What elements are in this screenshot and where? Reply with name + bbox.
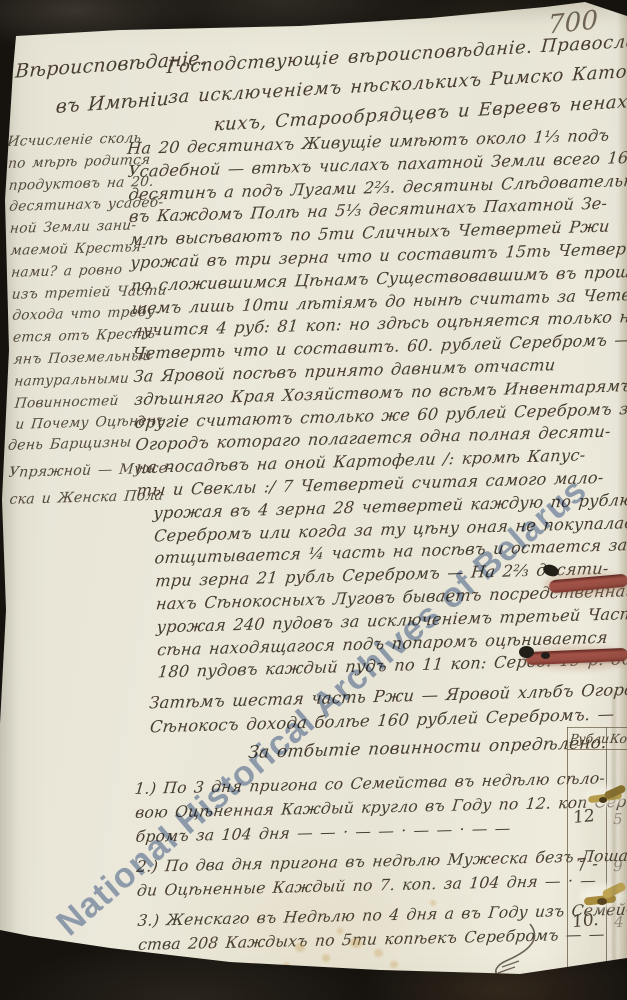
header-margin-label-line: Вѣроисповѣданіе.: [14, 39, 207, 91]
body-line: млѣ высѣваютъ по 5ти Сличныхъ Четвертей …: [129, 215, 627, 252]
margin-note-continued: день Барщизны Упряжной — Муже- ска и Жен…: [6, 429, 148, 514]
body-line: десятинъ а подъ Лугами 2⅔. десятины Слѣд…: [127, 170, 627, 207]
red-thread: [549, 574, 627, 594]
margin-note-line: Упряжной — Муже-: [7, 456, 150, 487]
body-line: За Яровой посѣвъ принято давнимъ отчасти: [132, 352, 627, 389]
body-line: здѣшняго Края Хозяйствомъ по всѣмъ Инвен…: [133, 375, 627, 412]
margin-note-line: день Барщизны: [7, 429, 150, 460]
margin-note-line: маемой Крестья-: [9, 237, 143, 263]
page-number: 700: [548, 5, 598, 40]
table-rule-horizontal: [567, 727, 627, 728]
body-line: 180 пудовъ каждый пудъ по 11 коп: Сереб:…: [141, 648, 627, 685]
ink-blot: [541, 652, 550, 659]
margin-note-line: Исчисленіе сколь: [6, 128, 140, 154]
closing-line: Сѣнокосъ дохода болѣе 160 рублей Серебро…: [149, 700, 627, 739]
body-paragraphs: На 20 десятинахъ Живущіе имѣютъ около 1⅓…: [125, 124, 627, 685]
binding-thread: [603, 784, 626, 800]
body-line: Огородъ котораго полагается одна полная …: [134, 420, 627, 457]
duty-item: 1.) По 3 дня пригона со Семейства въ нед…: [133, 767, 569, 849]
body-line: Серебромъ или когда за ту цѣну оная не п…: [137, 511, 627, 548]
body-line: нахъ Сѣнокосныхъ Луговъ бываетъ посредст…: [139, 580, 627, 617]
margin-note-line: янъ Поземельный: [12, 346, 146, 372]
duty-item-line: 2.) По два дня пригона въ недѣлю Мужеска…: [135, 845, 571, 879]
ink-blot: [519, 646, 534, 658]
rubles-value: 10.: [572, 910, 600, 932]
duty-item-line: 3.) Женскаго въ Недѣлю по 4 дня а въ Год…: [136, 899, 572, 933]
margin-note-line: продуктовъ на 20.: [8, 172, 142, 198]
margin-note-line: натуральными: [13, 368, 147, 394]
stitch-hole: [584, 786, 626, 806]
foxing-stain: [283, 962, 290, 969]
rubles-value: 7 -: [576, 854, 599, 876]
body-line: другіе считаютъ столько же 60 рублей Сер…: [134, 398, 627, 435]
duty-item-line: ди Оцѣненные Каждый по 7. коп. за 104 дн…: [136, 869, 572, 903]
red-thread-halo: [522, 646, 627, 670]
foxing-stain: [374, 949, 383, 957]
body-line: шемъ лишь 10ти лѣтіямъ до нынѣ считать з…: [131, 284, 627, 321]
binding-thread: [601, 881, 627, 900]
duty-item-line: ства 208 Каждыхъ по 5ти копѣекъ Серебром…: [137, 923, 573, 957]
stitch-hole: [580, 884, 626, 908]
body-line: урожая 240 пудовъ за исключеніемъ третье…: [139, 603, 627, 640]
body-line: на посадѣвъ на оной Картофели /: кромѣ К…: [135, 443, 627, 480]
table-rule-horizontal: [567, 749, 627, 750]
archive-watermark: National Historical Archives of Belarus: [49, 470, 595, 944]
header-line: за исключеніемъ нѣсколькихъ Римско Катол…: [167, 57, 627, 113]
margin-note-line: десятинахъ усадеб-: [8, 194, 142, 220]
body-line: по сложившимся Цѣнамъ Существовавшимъ въ…: [130, 261, 627, 298]
archival-scan: { "page_number": "700", "watermark_text"…: [0, 0, 627, 1000]
kopeck-mark: 5: [611, 810, 624, 828]
table-column-kopecks: Ко: [609, 731, 627, 746]
margin-note-line: по мѣрѣ родится: [7, 150, 141, 176]
header-margin-label-line: въ Имѣніи: [55, 77, 210, 126]
foxing-stain: [322, 954, 330, 962]
table-rule-vertical: [606, 727, 607, 977]
binding-thread: [584, 894, 617, 905]
ink-blot: [542, 563, 561, 579]
margin-note-line: ска и Женска Пола: [8, 483, 151, 514]
rubles-value: 12: [573, 806, 595, 828]
body-line: урожая въ 4 зерна 28 четвертей каждую по…: [136, 489, 627, 526]
foxing-stain: [337, 928, 343, 934]
duties-list: 1.) По 3 дня пригона со Семейства въ нед…: [133, 767, 571, 963]
margin-note-line: Повинностей: [14, 390, 148, 416]
duty-item-line: бромъ за 104 дня — — · — — · — — · — —: [135, 815, 571, 849]
flourish-mark: [488, 920, 540, 980]
foxing-stain: [430, 900, 436, 906]
margin-note-line: нами? а ровно: [10, 259, 144, 285]
foxing-stain: [390, 961, 398, 968]
header-line: Господствующіе вѣроисповѣданіе. Правосла…: [166, 27, 627, 83]
section-heading: За отбытіе повинности опредѣлено.: [247, 733, 606, 763]
page-edge-crease: [612, 690, 616, 980]
foxing-stain: [350, 938, 362, 948]
margin-note-line: и Почему Оцѣненъ: [14, 411, 148, 437]
body-line: три зерна 21 рубль Серебромъ — На 2⅔ дес…: [138, 557, 627, 594]
margin-note-line: ной Земли зани-: [9, 215, 143, 241]
body-line: въ Каждомъ Полѣ на 5⅓ десятинахъ Пахатно…: [128, 192, 627, 229]
table-rule-vertical: [567, 727, 568, 977]
margin-note-line: изъ третіей Части: [11, 281, 145, 307]
foxing-stain: [295, 943, 305, 952]
manuscript-page: 700 Вѣроисповѣданіе. въ Имѣніи Господств…: [0, 0, 627, 1000]
closing-line: Затѣмъ шестая часть Ржи — Яровой хлѣбъ О…: [148, 676, 627, 715]
header-margin-label: Вѣроисповѣданіе. въ Имѣніи: [12, 39, 208, 128]
duty-item-line: вою Оцѣненная Каждый кругло въ Году по 1…: [134, 791, 570, 825]
kopeck-mark: 4: [612, 913, 625, 931]
margin-note-line: дохода что требу-: [11, 302, 145, 328]
kopeck-mark: 9: [611, 857, 624, 875]
binding-thread-knot: [599, 797, 607, 803]
margin-note: Исчисленіе сколь по мѣрѣ родится продукт…: [6, 128, 146, 437]
body-line: сѣна находящагося подъ попаромъ оцѣнивае…: [140, 625, 627, 662]
body-line: урожай въ три зерна что и составитъ 15ть…: [129, 238, 627, 275]
duty-item-line: 1.) По 3 дня пригона со Семейства въ нед…: [133, 767, 569, 801]
body-line: лучится 4 руб: 81 коп: но здѣсь оцѣняетс…: [131, 306, 627, 343]
duty-item: 2.) По два дня пригона въ недѣлю Мужеска…: [135, 845, 570, 903]
body-line: Усадебной — втѣхъ числахъ пахатной Земли…: [127, 147, 627, 184]
red-thread: [526, 648, 627, 665]
red-thread-halo: [544, 572, 627, 596]
body-line: На 20 десятинахъ Живущіе имѣютъ около 1⅓…: [126, 124, 627, 161]
closing-paragraph: Затѣмъ шестая часть Ржи — Яровой хлѣбъ О…: [147, 677, 627, 740]
body-line: Четверть что и составитъ. 60. рублей Сер…: [132, 329, 627, 366]
header-line: кихъ, Старообрядцевъ и Евреевъ ненаходит…: [169, 87, 627, 143]
duty-item: 3.) Женскаго въ Недѣлю по 4 дня а въ Год…: [136, 899, 571, 957]
binding-thread-knot: [597, 898, 607, 905]
table-column-rubles: Рубли: [569, 731, 610, 746]
binding-thread: [588, 792, 623, 804]
margin-note-line: ется отъ Крестъ-: [12, 324, 146, 350]
body-line: отщитывается ¼ часть на посѣвъ и остаетс…: [138, 534, 627, 571]
header-paragraph: Господствующіе вѣроисповѣданіе. Правосла…: [164, 27, 627, 143]
body-line: ты и Свеклы :/ 7 Четвертей считая самого…: [136, 466, 627, 503]
